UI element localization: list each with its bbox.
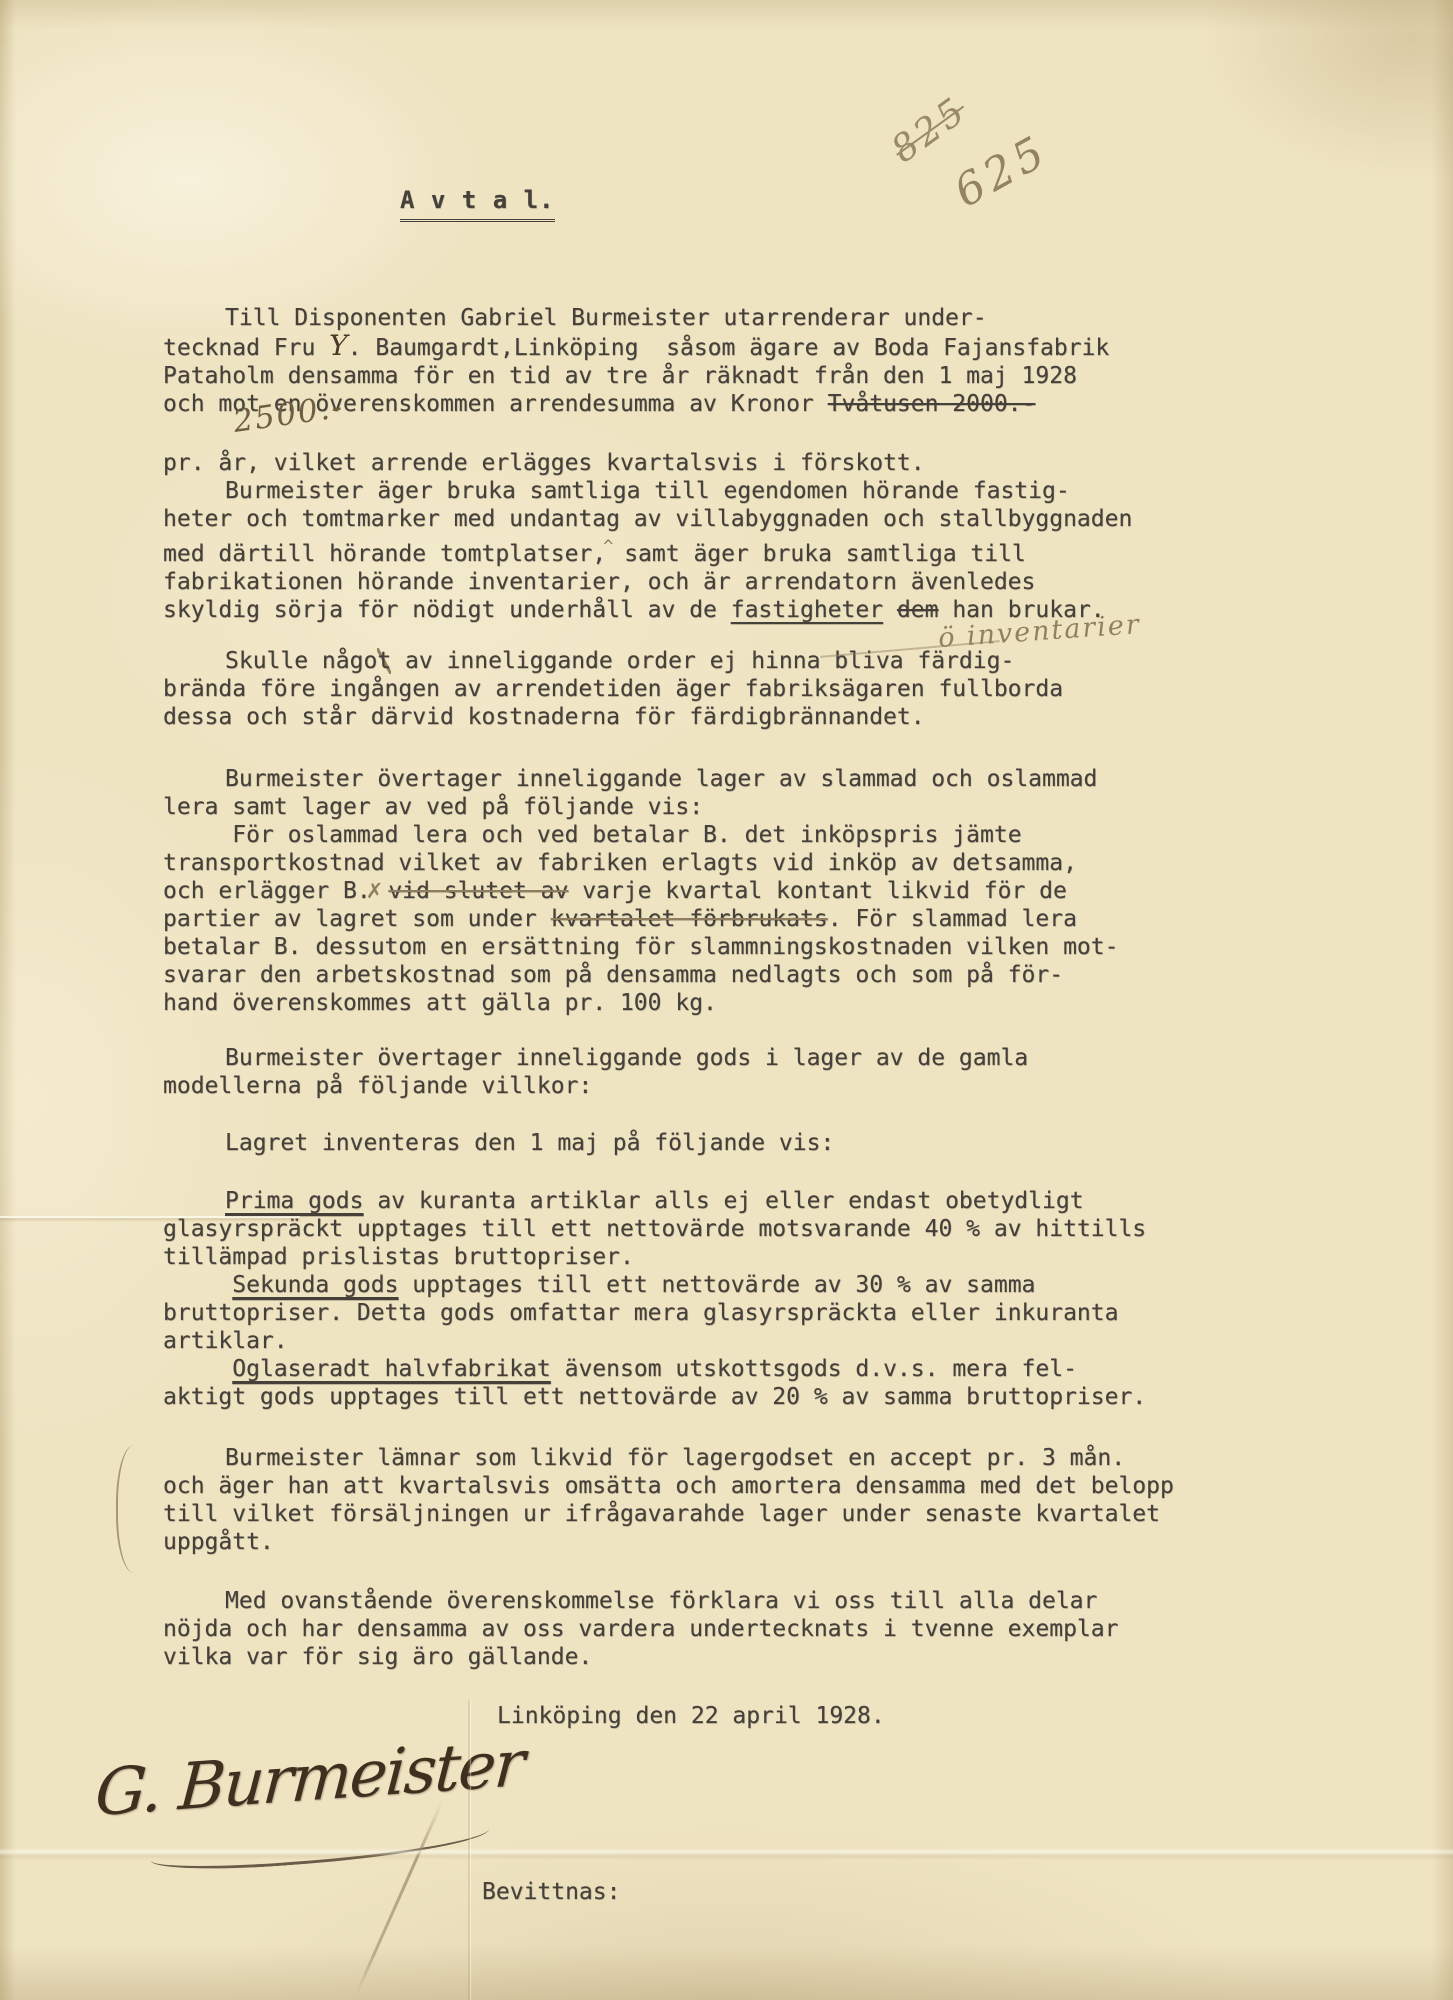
pencil-x-mark: ✗ [366,879,384,903]
typed-text-run: Burmeister lämnar som likvid för lagergo… [163,1445,1174,1555]
typed-text-run [883,597,897,623]
paragraph-p3: Skulle något av inneliggande order ej hi… [163,647,1183,731]
typed-text-run: Med ovanstående överenskommelse förklara… [163,1588,1118,1670]
paragraph-p8: Burmeister lämnar som likvid för lagergo… [163,1444,1183,1556]
paragraph-p1: Till Disponenten Gabriel Burmeister utar… [163,304,1183,477]
underlined-term: Oglaseradt halvfabrikat [232,1356,551,1382]
paragraph-p2: Burmeister äger bruka samtliga till egen… [163,477,1183,624]
typed-text-run: Lagret inventeras den 1 maj på följande … [225,1130,834,1156]
paragraph-p6: Lagret inventeras den 1 maj på följande … [163,1129,1183,1157]
pencil-struck-phrase: kvartalet förbrukats [551,906,828,932]
witness-label: Bevittnas: [482,1878,620,1906]
typed-text-run: fastigheter [731,597,883,623]
paragraph-p9: Med ovanstående överenskommelse förklara… [163,1587,1183,1671]
paper-crease [0,1848,1453,1860]
paragraph-p5: Burmeister övertager inneliggande gods i… [163,1044,1183,1100]
struck-word: dem [897,597,939,623]
pencil-struck-phrase: vid slutet av [388,878,568,904]
typed-text-run: Skulle någo [225,648,377,674]
typed-text-run: pr. år, vilket arrende erlägges kvartals… [163,450,925,476]
handwritten-initial: Y [329,329,347,362]
paragraph-p7: Prima gods av kuranta artiklar alls ej e… [163,1187,1183,1411]
document-body: Till Disponenten Gabriel Burmeister utar… [0,0,1453,2000]
struck-rent-amount: Tvåtusen 2000.- [828,391,1036,417]
underlined-term: Sekunda gods [232,1272,398,1298]
date-line: Linköping den 22 april 1928. [497,1702,885,1730]
typed-text-run: Burmeister övertager inneliggande gods i… [163,1045,1028,1099]
paragraph-p4: Burmeister övertager inneliggande lager … [163,765,1183,1017]
document-page: A v t a l. 825 625 Till Disponenten Gabr… [0,0,1453,2000]
overstruck-letter: t [377,648,391,674]
underlined-term: Prima gods [225,1188,363,1214]
pencil-margin-bracket [116,1445,152,1573]
paper-crease [468,1700,470,2000]
paper-crease [0,1216,300,1218]
